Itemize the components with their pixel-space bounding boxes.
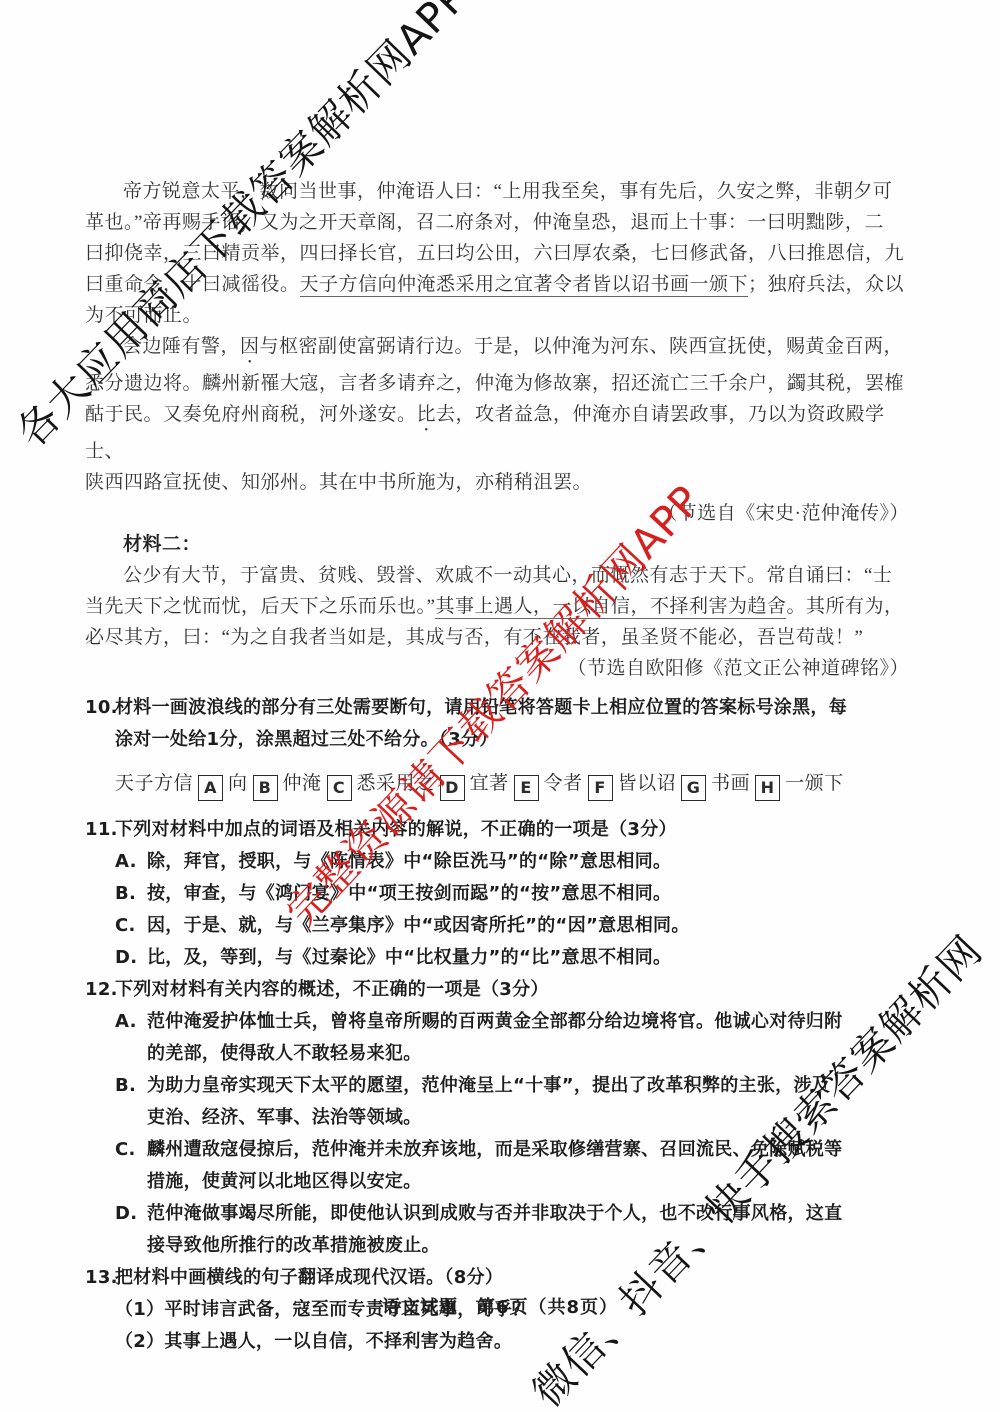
passage-line: 酤于民。又奏免府州商税，河外遂安。比去，攻者益急，仲淹亦自请罢政事，乃以为资政殿… bbox=[85, 399, 923, 467]
answer-box-e: E bbox=[514, 775, 539, 801]
option-text: 范仲淹做事竭尽所能，即使他认识到成败与否并非取决于个人，也不改行事风格，这直 bbox=[147, 1203, 842, 1224]
question-number: 10. bbox=[85, 692, 118, 724]
question-number: 13. bbox=[85, 1262, 118, 1294]
q12-option-b: B.为助力皇帝实现天下太平的愿望，范仲淹呈上“十事”，提出了改革积弊的主张，涉及 bbox=[85, 1070, 923, 1102]
option-label: D. bbox=[115, 1198, 137, 1230]
passage-text: 。其所有为， bbox=[786, 596, 903, 617]
option-text: 比，及，等到，与《过秦论》中“比权量力”的“比”意思不相同。 bbox=[147, 947, 671, 968]
q12-option-a-cont: 的羌部，使得敌人不敢轻易来犯。 bbox=[85, 1038, 923, 1070]
q12-option-c-cont: 措施，使黄河以北地区得以安定。 bbox=[85, 1166, 923, 1198]
passage-line: 公少有大节，于富贵、贫贱、毁誉、欢戚不一动其心，而慨然有志于天下。常自诵曰：“士 bbox=[85, 560, 923, 591]
option-label: C. bbox=[115, 1134, 136, 1166]
passage-text: 曰重命令，十曰减徭役。 bbox=[85, 274, 300, 295]
passage-text: 当先天下之忧而忧，后天下之乐而乐也。” bbox=[85, 596, 435, 617]
question-stem: 下列对材料中加点的词语及相关内容的解说，不正确的一项是（3分） bbox=[85, 814, 923, 846]
option-label: B. bbox=[115, 878, 136, 910]
option-label: B. bbox=[115, 1070, 136, 1102]
q11-option-c: C.因，于是、就，与《兰亭集序》中“或因寄所托”的“因”意思相同。 bbox=[85, 910, 923, 942]
material1-source: （节选自《宋史·范仲淹传》） bbox=[85, 498, 923, 529]
segment-text: 一颁下 bbox=[785, 773, 844, 794]
material2-heading: 材料二： bbox=[85, 529, 923, 560]
answer-box-h: H bbox=[755, 775, 780, 801]
emphasis-dot-word: 比 bbox=[417, 404, 437, 425]
q12-option-a: A.范仲淹爱护体恤士兵，曾将皇帝所赐的百两黄金全部都分给边境将官。他诚心对待归附 bbox=[85, 1006, 923, 1038]
q11-option-a: A.除，拜官，授职，与《陈情表》中“除臣洗马”的“除”意思相同。 bbox=[85, 846, 923, 878]
passage-line: 革也。”帝再赐手诏，又为之开天章阁，召二府条对，仲淹皇恐，退而上十事：一曰明黜陟… bbox=[85, 207, 923, 238]
passage-line: 帝方锐意太平，数问当世事，仲淹语人曰：“上用我至矣，事有先后，久安之弊，非朝夕可 bbox=[85, 176, 923, 207]
option-text: 为助力皇帝实现天下太平的愿望，范仲淹呈上“十事”，提出了改革积弊的主张，涉及 bbox=[147, 1075, 830, 1096]
segment-text: 天子方信 bbox=[115, 773, 193, 794]
option-text: 除，拜官，授职，与《陈情表》中“除臣洗马”的“除”意思相同。 bbox=[147, 851, 671, 872]
passage-line: 陕西四路宣抚使、知邠州。其在中书所施为，亦稍稍沮罢。 bbox=[85, 467, 923, 498]
answer-box-g: G bbox=[681, 775, 706, 801]
q12-option-d: D.范仲淹做事竭尽所能，即使他认识到成败与否并非取决于个人，也不改行事风格，这直 bbox=[85, 1198, 923, 1230]
question-stem: 把材料中画横线的句子翻译成现代汉语。（8分） bbox=[85, 1262, 923, 1294]
wavy-underlined-text: 天子方信向仲淹悉采用之宜著令者皆以诏书画一颁下 bbox=[300, 274, 749, 297]
answer-box-b: B bbox=[253, 775, 278, 801]
q12-option-c: C.麟州遭敌寇侵掠后，范仲淹并未放弃该地，而是采取修缮营寨、召回流民、免除赋税等 bbox=[85, 1134, 923, 1166]
segment-text: 书画 bbox=[711, 773, 750, 794]
underlined-text: 其事上遇人，一以自信，不择利害为趋舍 bbox=[435, 596, 786, 619]
option-label: A. bbox=[115, 846, 137, 878]
answer-box-a: A bbox=[198, 775, 223, 801]
page-footer: 语文试题 第6页（共8页） bbox=[0, 1293, 1000, 1319]
segment-text: 令者 bbox=[544, 773, 583, 794]
segment-text: 宜著 bbox=[470, 773, 509, 794]
answer-box-c: C bbox=[327, 775, 352, 801]
material2-source: （节选自欧阳修《范文正公神道碑铭》） bbox=[85, 653, 923, 684]
question-stem-line: 材料一画波浪线的部分有三处需要断句，请用铅笔将答题卡上相应位置的答案标号涂黑，每 bbox=[85, 692, 923, 724]
passage-line: 当先天下之忧而忧，后天下之乐而乐也。”其事上遇人，一以自信，不择利害为趋舍。其所… bbox=[85, 591, 923, 622]
option-text: 范仲淹爱护体恤士兵，曾将皇帝所赐的百两黄金全部都分给边境将官。他诚心对待归附 bbox=[147, 1011, 842, 1032]
question-number: 11. bbox=[85, 814, 118, 846]
passage-line: 为不可而止。 bbox=[85, 300, 923, 331]
question-stem-line: 涂对一处给1分，涂黑超过三处不给分。（3分） bbox=[85, 724, 923, 756]
option-text: 按，审查，与《鸿门宴》中“项王按剑而跽”的“按”意思不相同。 bbox=[147, 883, 671, 904]
q12-option-d-cont: 接导致他所推行的改革措施被废止。 bbox=[85, 1230, 923, 1262]
passage-line: 必尽其方，曰：“为之自我者当如是，其成与否，有不在我者，虽圣贤不能必，吾岂苟哉！… bbox=[85, 622, 923, 653]
passage-text: 酤于民。又奏免府州商税，河外遂安。 bbox=[85, 404, 417, 425]
q11-option-d: D.比，及，等到，与《过秦论》中“比权量力”的“比”意思不相同。 bbox=[85, 942, 923, 974]
q13-sentence-2: （2）其事上遇人，一以自信，不择利害为趋舍。 bbox=[85, 1326, 923, 1358]
passage-line: 悉分遗边将。麟州新罹大寇，言者多请弃之，仲淹为修故寨，招还流亡三千余户，蠲其税，… bbox=[85, 368, 923, 399]
option-label: C. bbox=[115, 910, 136, 942]
segment-text: 皆以诏 bbox=[618, 773, 677, 794]
q11-option-b: B.按，审查，与《鸿门宴》中“项王按剑而跽”的“按”意思不相同。 bbox=[85, 878, 923, 910]
option-text: 麟州遭敌寇侵掠后，范仲淹并未放弃该地，而是采取修缮营寨、召回流民、免除赋税等 bbox=[147, 1139, 842, 1160]
passage-text: ；独府兵法，众以 bbox=[748, 274, 904, 295]
question-stem: 下列对材料有关内容的概述，不正确的一项是（3分） bbox=[85, 974, 923, 1006]
answer-box-f: F bbox=[588, 775, 613, 801]
emphasis-dot-word: 因 bbox=[240, 336, 260, 357]
option-label: D. bbox=[115, 942, 137, 974]
passage-text: 会边陲有警， bbox=[123, 336, 240, 357]
question-11: 11. 下列对材料中加点的词语及相关内容的解说，不正确的一项是（3分） A.除，… bbox=[85, 814, 923, 974]
question-10: 10. 材料一画波浪线的部分有三处需要断句，请用铅笔将答题卡上相应位置的答案标号… bbox=[85, 692, 923, 756]
option-label: A. bbox=[115, 1006, 137, 1038]
segment-text: 悉采用之 bbox=[357, 773, 435, 794]
segment-text: 仲淹 bbox=[283, 773, 322, 794]
answer-box-d: D bbox=[440, 775, 465, 801]
segment-text: 向 bbox=[228, 773, 248, 794]
question-12: 12. 下列对材料有关内容的概述，不正确的一项是（3分） A.范仲淹爱护体恤士兵… bbox=[85, 974, 923, 1262]
passage-line: 会边陲有警，因与枢密副使富弼请行边。于是，以仲淹为河东、陕西宣抚使，赐黄金百两， bbox=[85, 331, 923, 368]
q12-option-b-cont: 吏治、经济、军事、法治等领域。 bbox=[85, 1102, 923, 1134]
q10-segmentation-line: 天子方信A向B仲淹C悉采用之D宜著E令者F皆以诏G书画H一颁下 bbox=[85, 766, 923, 802]
passage-line: 曰抑侥幸，三曰精贡举，四曰择长官，五曰均公田，六曰厚农桑，七曰修武备，八曰推恩信… bbox=[85, 238, 923, 269]
passage-line: 曰重命令，十曰减徭役。天子方信向仲淹悉采用之宜著令者皆以诏书画一颁下；独府兵法，… bbox=[85, 269, 923, 300]
option-text: 因，于是、就，与《兰亭集序》中“或因寄所托”的“因”意思相同。 bbox=[147, 915, 690, 936]
passage-text: 与枢密副使富弼请行边。于是，以仲淹为河东、陕西宣抚使，赐黄金百两， bbox=[260, 336, 904, 357]
exam-page-content: 帝方锐意太平，数问当世事，仲淹语人曰：“上用我至矣，事有先后，久安之弊，非朝夕可… bbox=[85, 176, 923, 1358]
question-number: 12. bbox=[85, 974, 118, 1006]
